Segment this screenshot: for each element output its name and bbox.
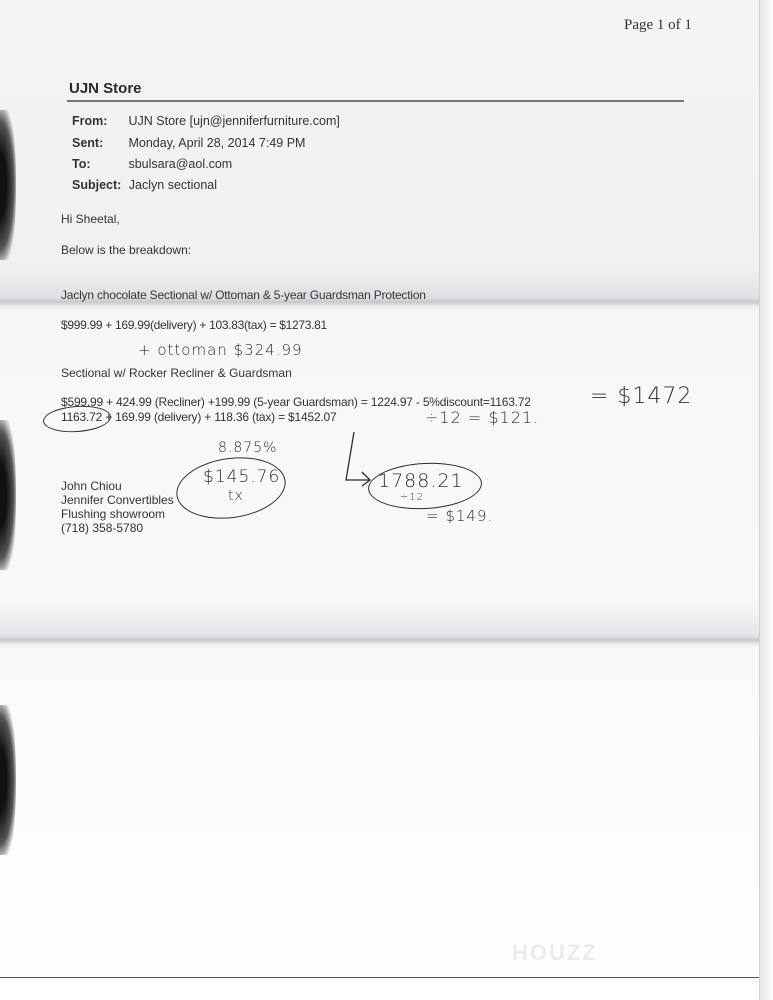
handwritten-tax-rate: 8.875%: [218, 440, 277, 456]
paper-edge: [0, 977, 760, 978]
binding-hole-shadow: [0, 420, 16, 570]
option2-calc-line2-rest: + 169.99 (delivery) + 118.36 (tax) = $14…: [105, 410, 336, 424]
from-value: UJN Store [ujn@jenniferfurniture.com]: [128, 114, 339, 128]
signature-company: Jennifer Convertibles: [61, 493, 174, 507]
subject-value: Jaclyn sectional: [129, 178, 217, 192]
from-label: From:: [72, 114, 125, 128]
sent-row: Sent: Monday, April 28, 2014 7:49 PM: [72, 136, 305, 150]
page-indicator: Page 1 of 1: [624, 17, 692, 34]
handwritten-tax-amount: $145.76: [203, 467, 280, 487]
option2-calc-line1: $599.99 + 424.99 (Recliner) +199.99 (5-y…: [61, 395, 531, 409]
signature-phone: (718) 358-5780: [61, 521, 143, 535]
from-row: From: UJN Store [ujn@jenniferfurniture.c…: [72, 114, 340, 128]
option1-calc: $999.99 + 169.99(delivery) + 103.83(tax)…: [61, 318, 327, 332]
scanner-edge: [759, 0, 773, 1000]
handwritten-divide-12: ÷12: [400, 492, 424, 503]
handwritten-grand-total: 1788.21: [378, 470, 464, 492]
binding-hole-shadow: [0, 110, 16, 260]
to-label: To:: [72, 157, 125, 171]
signature-location: Flushing showroom: [61, 507, 165, 521]
ink-circle-subtotal: [42, 404, 112, 435]
handwritten-ottoman-note: + ottoman $324.99: [138, 341, 303, 359]
header-divider: [67, 100, 684, 102]
sent-value: Monday, April 28, 2014 7:49 PM: [128, 136, 305, 150]
handwritten-monthly-note-2: = $149.: [426, 507, 493, 525]
handwritten-tax-label: tx: [228, 488, 244, 504]
handwritten-total-note: = $1472: [590, 384, 692, 409]
intro-text: Below is the breakdown:: [61, 243, 191, 257]
option1-title: Jaclyn chocolate Sectional w/ Ottoman & …: [61, 288, 426, 302]
sent-label: Sent:: [72, 136, 125, 150]
binding-hole-shadow: [0, 705, 16, 855]
signature-name: John Chiou: [61, 479, 122, 493]
subject-row: Subject: Jaclyn sectional: [72, 178, 217, 192]
to-value: sbulsara@aol.com: [128, 157, 232, 171]
watermark: HOUZZ: [512, 940, 598, 966]
handwritten-monthly-note-1: ÷12 = $121.: [425, 408, 539, 427]
to-row: To: sbulsara@aol.com: [72, 157, 232, 171]
option2-title: Sectional w/ Rocker Recliner & Guardsman: [61, 366, 292, 380]
email-sender-title: UJN Store: [69, 80, 142, 97]
subject-label: Subject:: [72, 178, 121, 192]
greeting: Hi Sheetal,: [61, 212, 120, 226]
scanned-page: Page 1 of 1 UJN Store From: UJN Store [u…: [0, 0, 760, 1000]
paper-fold: [0, 636, 760, 644]
